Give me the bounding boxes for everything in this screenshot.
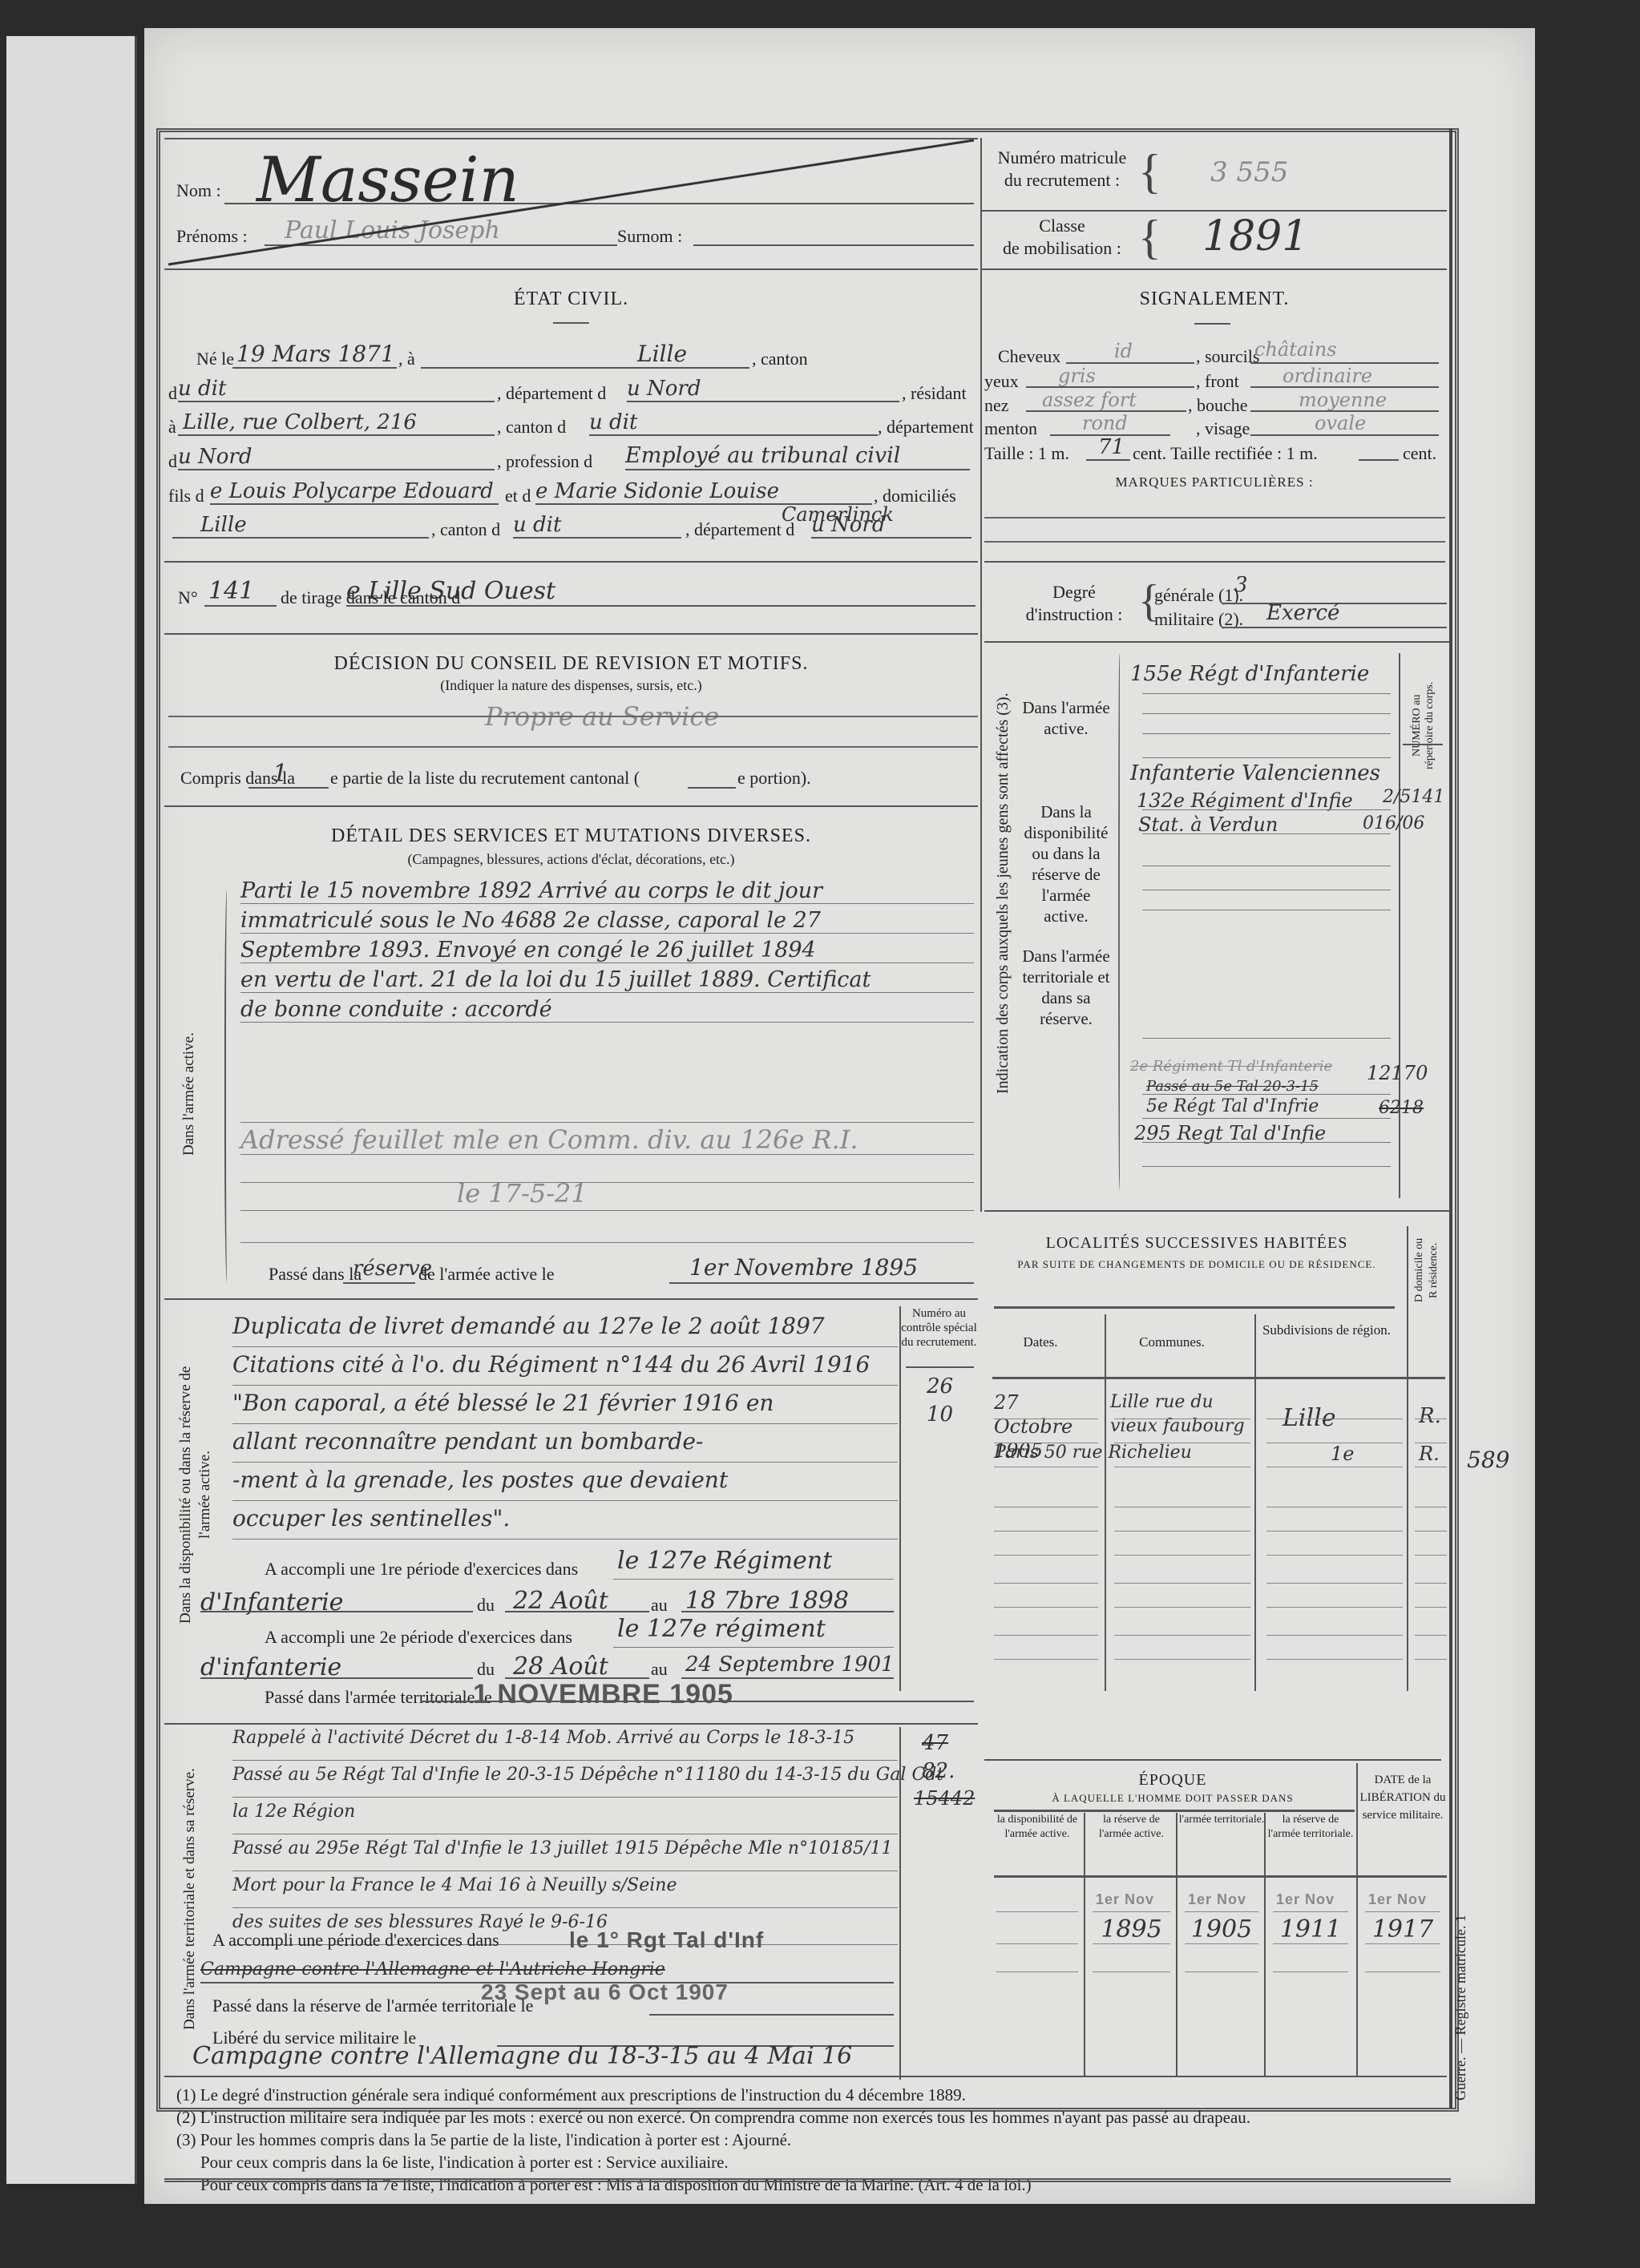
epoque-col-header: l'armée territoriale.	[1178, 1813, 1265, 1827]
tirage-number: 141	[208, 577, 254, 605]
menton-value: rond	[1082, 412, 1128, 434]
taille-value: 71	[1098, 435, 1125, 459]
corps-terr-value-1: 2e Régiment Tl d'Infanterie	[1130, 1058, 1332, 1075]
adjacent-page-edge	[6, 36, 137, 2184]
signalement-title: SIGNALEMENT.	[982, 289, 1447, 310]
service-line: de bonne conduite : accordé	[240, 997, 552, 1022]
corps-active-label: Dans l'armée active.	[1018, 697, 1114, 739]
localites-title: LOCALITÉS SUCCESSIVES HABITÉES	[984, 1234, 1409, 1253]
instruction-militaire: Exercé	[1266, 601, 1339, 625]
footnote: Pour ceux compris dans la 6e liste, l'in…	[176, 2151, 1443, 2173]
epoque-col-header: la disponibilité de l'armée active.	[990, 1813, 1085, 1842]
service-line: Passé au 295e Régt Tal d'Infie le 13 jui…	[232, 1838, 892, 1858]
father-name: e Louis Polycarpe Edouard	[210, 479, 494, 503]
corps-terr-value-4: 295 Regt Tal d'Infie	[1134, 1122, 1326, 1144]
yeux-value: gris	[1058, 365, 1096, 387]
epoque-value: 1905	[1178, 1915, 1265, 1943]
birth-departement: u Nord	[627, 377, 701, 401]
epoque-stamp: 1er Nov	[1096, 1891, 1154, 1908]
matricule-value: 3 555	[1210, 156, 1288, 188]
matricule-label: Numéro matriculedu recrutement :	[982, 147, 1142, 192]
periode2-from: 28 Août	[513, 1653, 608, 1681]
epoque-value: 1917	[1359, 1915, 1447, 1943]
passe-territoriale-stamp: 1 NOVEMBRE 1905	[473, 1679, 733, 1710]
classe-label: Classede mobilisation :	[982, 215, 1142, 260]
birth-canton: u dit	[178, 377, 226, 401]
birth-place: Lille	[637, 341, 687, 367]
corps-terr-value-2: Passé au 5e Tal 20-3-15	[1146, 1078, 1319, 1095]
decision-title: DÉCISION DU CONSEIL DE REVISION ET MOTIF…	[164, 653, 978, 675]
corps-active-value: 155e Régt d'Infanterie	[1130, 662, 1369, 686]
service-line: Parti le 15 novembre 1892 Arrivé au corp…	[240, 878, 822, 903]
periode2-to: 24 Septembre 1901	[685, 1653, 895, 1677]
margin-number: 589	[1467, 1447, 1509, 1473]
epoque-col-header: la réserve de l'armée territoriale.	[1266, 1813, 1355, 1842]
epoque-value: 1895	[1086, 1915, 1177, 1943]
corps-terr-value-3: 5e Régt Tal d'Infrie	[1146, 1096, 1319, 1116]
footnote: Pour ceux compris dans la 7e liste, l'in…	[176, 2173, 1443, 2196]
service-line: allant reconnaître pendant un bombarde-	[232, 1428, 703, 1455]
instruction-generale: 3	[1234, 573, 1248, 597]
service-line: Passé au 5e Régt Tal d'Infie le 20-3-15 …	[232, 1765, 943, 1785]
mother-name: e Marie Sidonie Louise	[535, 479, 779, 503]
bouche-value: moyenne	[1299, 389, 1387, 411]
epoque-stamp: 1er Nov	[1188, 1891, 1246, 1908]
registre-matricule-label: Guerre. — Registre matricule. 1	[1452, 1907, 1469, 2108]
service-line: immatriculé sous le No 4688 2e classe, c…	[240, 908, 821, 933]
footnote: (1) Le degré d'instruction générale sera…	[176, 2084, 1443, 2106]
service-line: Mort pour la France le 4 Mai 16 à Neuill…	[232, 1875, 677, 1895]
localite-subdivision-2: 1e	[1331, 1443, 1354, 1465]
numero-repertoire-header: NUMÉRO au répertoire du corps.	[1411, 673, 1436, 777]
service-line: Citations cité à l'o. du Régiment n°144 …	[232, 1351, 870, 1378]
side-armee-active: Dans l'armée active.	[180, 1002, 198, 1186]
localite-commune-1: Lille rue du vieux faubourg	[1110, 1390, 1250, 1439]
corps-dispo-value-2: 132e Régiment d'Infie	[1137, 789, 1353, 812]
sourcils-value: châtains	[1254, 338, 1337, 361]
periode1-value: le 127e Régiment	[617, 1547, 832, 1575]
dr-header: D domicile ou R résidence.	[1412, 1234, 1441, 1306]
marques-title: MARQUES PARTICULIÈRES :	[982, 474, 1447, 490]
tirage-canton: e Lille Sud Ouest	[346, 577, 555, 605]
birth-date: 19 Mars 1871	[236, 341, 395, 367]
residence-address: Lille, rue Colbert, 216	[183, 410, 417, 434]
nez-value: assez fort	[1042, 389, 1137, 411]
periode3-stamp: le 1° Rgt Tal d'Inf	[569, 1927, 764, 1953]
services-title: DÉTAIL DES SERVICES ET MUTATIONS DIVERSE…	[164, 825, 978, 847]
side-dispo: Dans la disponibilité ou dans la réserve…	[176, 1362, 215, 1627]
campagne-struck: Campagne contre l'Allemagne et l'Autrich…	[200, 1959, 665, 1979]
localite-dr-2: R.	[1419, 1443, 1440, 1465]
parents-domicile: Lille	[200, 513, 247, 537]
corps-dispo-value-1: Infanterie Valenciennes	[1130, 761, 1380, 785]
visage-value: ovale	[1315, 412, 1366, 434]
localite-dr-1: R.	[1419, 1404, 1441, 1428]
corps-dispo-label: Dans la disponibilité ou dans la réserve…	[1018, 801, 1114, 926]
service-line: en vertu de l'art. 21 de la loi du 15 ju…	[240, 967, 870, 992]
service-line: Duplicata de livret demandé au 127e le 2…	[232, 1313, 825, 1339]
campagne-final: Campagne contre l'Allemagne du 18-3-15 a…	[192, 2042, 852, 2070]
service-line: -ment à la grenade, les postes que devai…	[232, 1467, 728, 1493]
epoque-value: 1911	[1266, 1915, 1355, 1943]
corps-side-label: Indication des corps auxquels les jeunes…	[994, 681, 1012, 1106]
service-line: Septembre 1893. Envoyé en congé le 26 ju…	[240, 938, 816, 962]
active-note-1: Adressé feuillet mle en Comm. div. au 12…	[240, 1124, 858, 1155]
date-liberation-header: DATE de la LIBÉRATION du service militai…	[1359, 1771, 1447, 1824]
epoque-stamp: 1er Nov	[1276, 1891, 1335, 1908]
service-line: Rappelé à l'activité Décret du 1-8-14 Mo…	[232, 1728, 854, 1748]
service-line: occuper les sentinelles".	[232, 1505, 510, 1532]
epoque-stamp: 1er Nov	[1368, 1891, 1427, 1908]
numero-controle-header: Numéro au contrôle spécial du recrutemen…	[901, 1306, 977, 1350]
classe-value: 1891	[1202, 212, 1308, 260]
periode2-value: le 127e régiment	[617, 1615, 826, 1643]
localite-commune-2: Paris 50 rue Richelieu	[994, 1443, 1250, 1463]
etat-civil-title: ÉTAT CIVIL.	[164, 289, 978, 310]
footnote: (3) Pour les hommes compris dans la 5e p…	[176, 2129, 1443, 2151]
compris-partie: 1	[273, 760, 288, 788]
profession-value: Employé au tribunal civil	[625, 443, 900, 468]
epoque-title: ÉPOQUE	[984, 1771, 1361, 1790]
service-line: la 12e Région	[232, 1802, 355, 1822]
name-strikethrough	[164, 136, 982, 272]
side-territoriale: Dans l'armée territoriale et dans sa rés…	[180, 1763, 200, 2036]
degre-label: Degréd'instruction :	[1006, 581, 1142, 626]
corps-dispo-value-3: Stat. à Verdun	[1138, 813, 1278, 836]
service-line: "Bon caporal, a été blessé le 21 février…	[232, 1390, 774, 1416]
passe-reserve-date: 1er Novembre 1895	[689, 1254, 918, 1281]
epoque-col-header: la réserve de l'armée active.	[1086, 1813, 1177, 1842]
corps-terr-label: Dans l'armée territoriale et dans sa rés…	[1018, 946, 1114, 1029]
front-value: ordinaire	[1283, 365, 1372, 387]
footnote: (2) L'instruction militaire sera indiqué…	[176, 2106, 1443, 2129]
